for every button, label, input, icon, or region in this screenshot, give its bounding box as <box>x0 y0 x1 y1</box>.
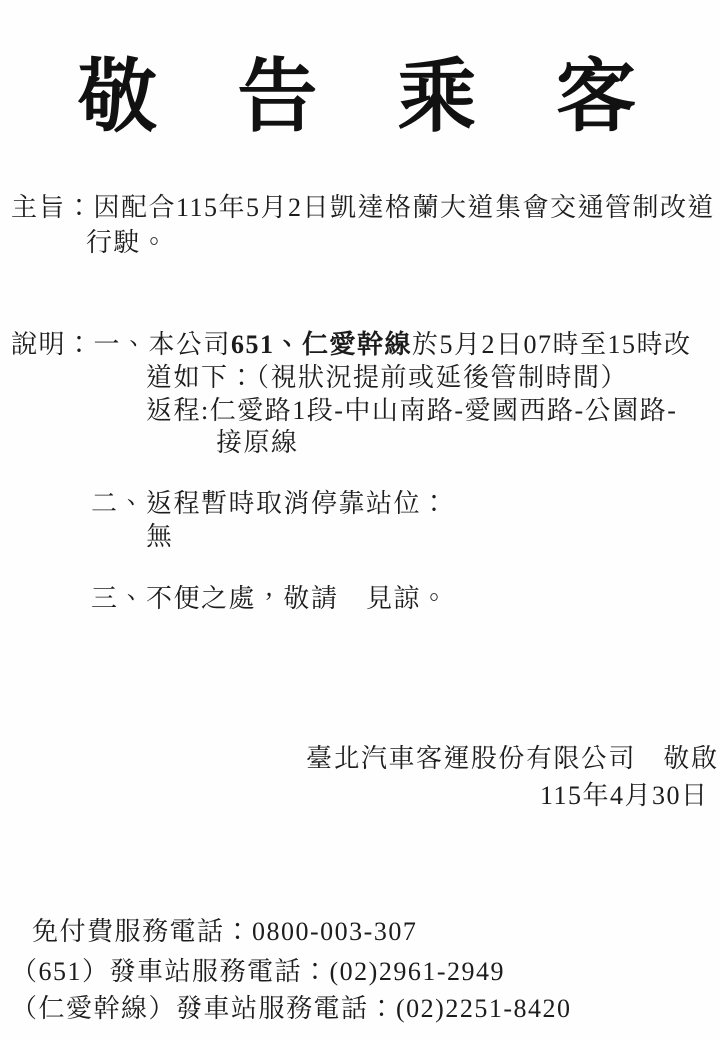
subject-line-1: 主旨：因配合115年5月2日凱達格蘭大道集會交通管制改道 <box>11 191 715 225</box>
title-char: 客 <box>556 54 636 142</box>
notice-page: 敬 告 乘 客 主旨：因配合115年5月2日凱達格蘭大道集會交通管制改道 行駛。… <box>0 0 720 1040</box>
contact-toll-free: 免付費服務電話：0800-003-307 <box>32 915 417 949</box>
title-char: 乘 <box>397 54 477 142</box>
explanation-item2-line2: 無 <box>146 520 174 554</box>
signature-company: 臺北汽車客運股份有限公司 敬啟 <box>306 742 719 776</box>
explanation-item1-line2: 道如下：（視狀況提前或延後管制時間） <box>146 361 628 395</box>
contact-renai-depot: （仁愛幹線）發車站服務電話：(02)2251-8420 <box>11 992 571 1026</box>
contact-651-depot: （651）發車站服務電話：(02)2961-2949 <box>11 955 505 989</box>
explanation-item3-line1: 三、不便之處，敬請 見諒。 <box>91 582 449 616</box>
title-char: 告 <box>237 54 317 142</box>
explanation-item1-line3: 返程:仁愛路1段-中山南路-愛國西路-公園路- <box>146 394 677 428</box>
subject-line-2: 行駛。 <box>86 226 169 260</box>
explanation-item1-line1-prefix: 說明：一、本公司 <box>11 330 231 359</box>
explanation-item1-line1: 說明：一、本公司651、仁愛幹線於5月2日07時至15時改 <box>11 328 692 362</box>
notice-title: 敬 告 乘 客 <box>78 54 636 144</box>
title-char: 敬 <box>78 54 158 142</box>
route-names-bold: 651、仁愛幹線 <box>231 330 412 359</box>
signature-date: 115年4月30日 <box>540 779 709 813</box>
explanation-item1-line4: 接原線 <box>216 426 299 460</box>
explanation-item1-line1-suffix: 於5月2日07時至15時改 <box>412 330 692 359</box>
explanation-item2-line1: 二、返程暫時取消停靠站位： <box>91 487 449 521</box>
